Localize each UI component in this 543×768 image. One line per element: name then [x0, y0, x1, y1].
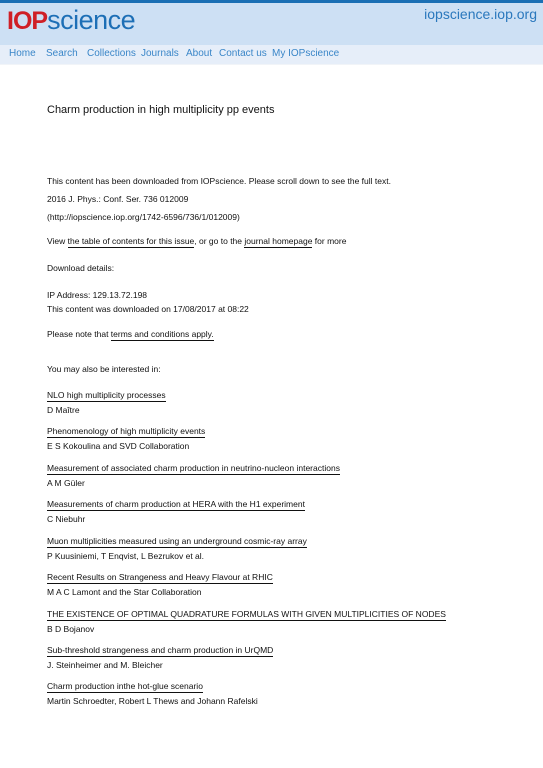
site-url-link[interactable]: iopscience.iop.org	[424, 6, 537, 22]
logo-iop: IOP	[7, 7, 47, 35]
nav-about[interactable]: About	[186, 48, 212, 59]
related-article-link[interactable]: Measurement of associated charm producti…	[47, 463, 340, 475]
related-article-authors: C Niebuhr	[47, 514, 85, 524]
main-nav: Home Search Collections Journals About C…	[0, 45, 543, 65]
nav-contact-us[interactable]: Contact us	[219, 48, 267, 59]
related-article-authors: P Kuusiniemi, T Enqvist, L Bezrukov et a…	[47, 551, 204, 561]
citation: 2016 J. Phys.: Conf. Ser. 736 012009	[47, 194, 188, 204]
article-url: (http://iopscience.iop.org/1742-6596/736…	[47, 212, 240, 222]
related-article-link[interactable]: Measurements of charm production at HERA…	[47, 499, 305, 511]
download-details-label: Download details:	[47, 263, 114, 273]
related-article-link[interactable]: NLO high multiplicity processes	[47, 390, 166, 402]
related-article-authors: J. Steinheimer and M. Bleicher	[47, 660, 163, 670]
related-article-authors: Martin Schroedter, Robert L Thews and Jo…	[47, 696, 258, 706]
related-article-link[interactable]: Recent Results on Strangeness and Heavy …	[47, 572, 273, 584]
related-article-link[interactable]: Sub-threshold strangeness and charm prod…	[47, 645, 273, 657]
toc-link[interactable]: the table of contents for this issue	[68, 236, 195, 248]
download-timestamp: This content was downloaded on 17/08/201…	[47, 304, 249, 314]
related-article-authors: M A C Lamont and the Star Collaboration	[47, 587, 202, 597]
nav-my-iopscience[interactable]: My IOPscience	[272, 48, 339, 59]
related-article-link[interactable]: Charm production inthe hot-glue scenario	[47, 681, 203, 693]
related-article-authors: D Maître	[47, 405, 80, 415]
nav-journals[interactable]: Journals	[141, 48, 179, 59]
nav-search[interactable]: Search	[46, 48, 78, 59]
related-article-link[interactable]: THE EXISTENCE OF OPTIMAL QUADRATURE FORM…	[47, 609, 446, 621]
view-suffix: for more	[312, 236, 346, 246]
nav-home[interactable]: Home	[9, 48, 36, 59]
iopscience-logo[interactable]: IOPscience	[7, 5, 135, 36]
site-header: IOPscience iopscience.iop.org	[0, 3, 543, 45]
document-title: Charm production in high multiplicity pp…	[47, 104, 274, 116]
terms-prefix: Please note that	[47, 329, 111, 339]
terms-line: Please note that terms and conditions ap…	[47, 329, 214, 339]
view-links-line: View the table of contents for this issu…	[47, 236, 346, 246]
related-article-authors: A M Güler	[47, 478, 85, 488]
interested-label: You may also be interested in:	[47, 364, 161, 374]
terms-link[interactable]: terms and conditions apply.	[111, 329, 214, 341]
ip-address: IP Address: 129.13.72.198	[47, 290, 147, 300]
logo-science: science	[47, 5, 135, 35]
view-middle: , or go to the	[194, 236, 244, 246]
related-article-authors: B D Bojanov	[47, 624, 94, 634]
nav-collections[interactable]: Collections	[87, 48, 136, 59]
download-notice: This content has been downloaded from IO…	[47, 176, 391, 186]
related-article-authors: E S Kokoulina and SVD Collaboration	[47, 441, 189, 451]
related-article-link[interactable]: Phenomenology of high multiplicity event…	[47, 426, 205, 438]
view-prefix: View	[47, 236, 68, 246]
related-article-link[interactable]: Muon multiplicities measured using an un…	[47, 536, 307, 548]
journal-homepage-link[interactable]: journal homepage	[244, 236, 312, 248]
